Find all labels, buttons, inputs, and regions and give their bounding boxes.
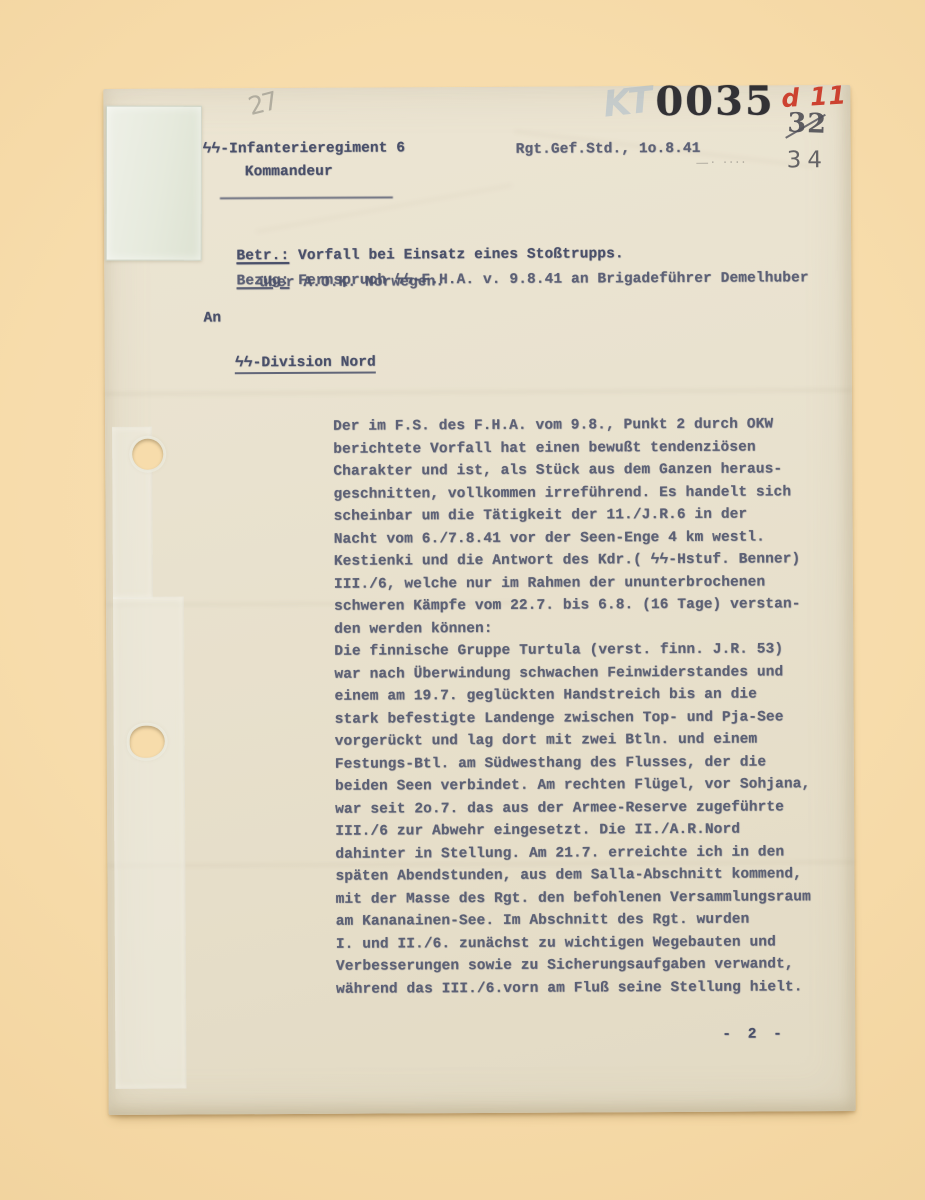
- faint-pencil-dashes: —· ····: [696, 156, 748, 171]
- recipient-line: ϟϟ-Division Nord: [200, 329, 376, 397]
- tape-patch: [106, 106, 202, 261]
- page-number: - 2 -: [722, 1023, 786, 1046]
- bezug-line-2: über A.O.K. Norwegen.: [259, 271, 444, 294]
- body-text: Der im F.S. des F.H.A. vom 9.8., Punkt 2…: [333, 413, 811, 1000]
- scanned-document-sheet: 27 KT 0035 d 11 32 34 —· ···· ϟϟ-Infante…: [103, 85, 855, 1115]
- date-line: Rgt.Gef.Std., 1o.8.41: [516, 138, 701, 161]
- an-label: An: [203, 307, 221, 330]
- pencil-corner-number: 27: [245, 86, 279, 121]
- header-underline-rule: [220, 196, 393, 199]
- unit-line: ϟϟ-Infanterieregiment 6: [203, 137, 406, 161]
- faint-blue-mark: KT: [601, 80, 652, 126]
- archive-page-number: 34: [787, 147, 828, 173]
- archive-stamp-number: 0035: [655, 77, 775, 125]
- recipient-name: ϟϟ-Division Nord: [235, 354, 376, 374]
- role-line: Kommandeur: [245, 161, 333, 184]
- punch-hole-top: [132, 439, 163, 470]
- tape-strip-lower: [113, 597, 187, 1089]
